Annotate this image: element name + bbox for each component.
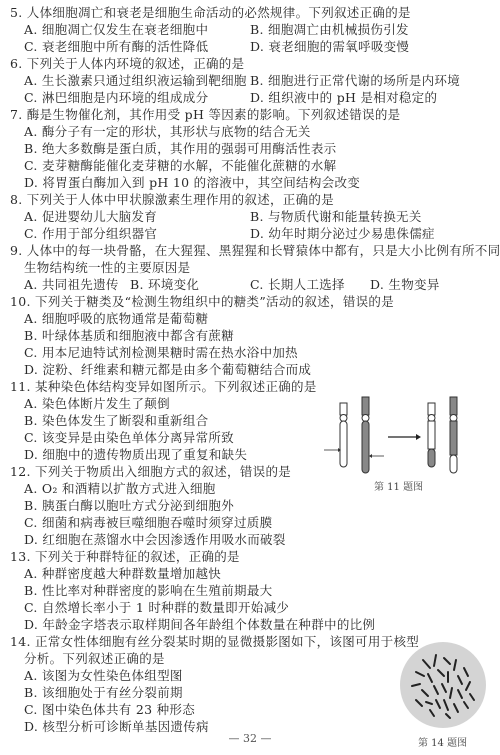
question-7-stem: 7. 酶是生物催化剂，其作用受 pH 等因素的影响。下列叙述错误的是 bbox=[10, 107, 400, 123]
question-10-stem: 10. 下列关于糖类及“检测生物组织中的糖类”活动的叙述，错误的是 bbox=[10, 294, 394, 310]
question-10-option-a: A. 细胞呼吸的底物通常是葡萄糖 bbox=[24, 311, 208, 327]
question-9-option-b: B. 环境变化 bbox=[130, 277, 199, 293]
question-7-option-c: C. 麦芽糖酶能催化麦芽糖的水解，不能催化蔗糖的水解 bbox=[24, 158, 336, 174]
question-10-option-d: D. 淀粉、纤维素和糖元都是由多个葡萄糖结合而成 bbox=[24, 362, 311, 378]
question-10-option-b: B. 叶绿体基质和细胞液中都含有蔗糖 bbox=[24, 328, 234, 344]
page-number: — 32 — bbox=[0, 732, 500, 745]
question-9-option-c: C. 长期人工选择 bbox=[250, 277, 345, 293]
figure-11-caption: 第 11 题图 bbox=[374, 478, 423, 493]
question-12-option-d: D. 红细胞在蒸馏水中会因渗透作用吸水而破裂 bbox=[24, 532, 286, 548]
question-8-option-b: B. 与物质代谢和能量转换无关 bbox=[250, 209, 422, 225]
question-14-option-b: B. 该细胞处于有丝分裂前期 bbox=[24, 685, 183, 701]
question-11-option-a: A. 染色体断片发生了颠倒 bbox=[24, 396, 170, 412]
question-8-option-a: A. 促进婴幼儿大脑发育 bbox=[24, 209, 157, 225]
question-5-stem: 5. 人体细胞凋亡和衰老是细胞生命活动的必然规律。下列叙述正确的是 bbox=[10, 5, 411, 21]
question-12-option-c: C. 细菌和病毒被巨噬细胞吞噬时须穿过质膜 bbox=[24, 515, 272, 531]
question-5-option-a: A. 细胞凋亡仅发生在衰老细胞中 bbox=[24, 22, 208, 38]
question-13-option-b: B. 性比率对种群密度的影响在生殖前期最大 bbox=[24, 583, 272, 599]
question-13-option-a: A. 种群密度越大种群数量增加越快 bbox=[24, 566, 221, 582]
question-5-option-b: B. 细胞凋亡由机械损伤引发 bbox=[250, 22, 409, 38]
question-14-option-a: A. 该图为女性染色体组型图 bbox=[24, 668, 183, 684]
question-12-option-a: A. O₂ 和酒精以扩散方式进入细胞 bbox=[24, 481, 216, 497]
question-5-option-d: D. 衰老细胞的需氧呼吸变慢 bbox=[250, 39, 409, 55]
question-10-option-c: C. 用本尼迪特试剂检测果糖时需在热水浴中加热 bbox=[24, 345, 298, 361]
question-11-option-d: D. 细胞中的遗传物质出现了重复和缺失 bbox=[24, 447, 247, 463]
question-13-stem: 13. 下列关于种群特征的叙述，正确的是 bbox=[10, 549, 240, 565]
question-14-stem: 14. 正常女性体细胞有丝分裂某时期的显微摄影图如下，该图可用于核型 bbox=[10, 634, 419, 650]
question-6-stem: 6. 下列关于人体内环境的叙述，正确的是 bbox=[10, 56, 244, 72]
question-8-option-c: C. 作用于部分组织器官 bbox=[24, 226, 157, 242]
question-7-option-b: B. 绝大多数酶是蛋白质，其作用的强弱可用酶活性表示 bbox=[24, 141, 336, 157]
question-7-option-d: D. 将胃蛋白酶加入到 pH 10 的溶液中，其空间结构会改变 bbox=[24, 175, 360, 191]
question-6-option-a: A. 生长激素只通过组织液运输到靶细胞 bbox=[24, 73, 247, 89]
question-9-stem-continued: 生物结构统一性的主要原因是 bbox=[24, 260, 190, 276]
question-13-option-d: D. 年龄金字塔表示取样期间各年龄组个体数量在种群中的比例 bbox=[24, 617, 375, 633]
question-6-option-d: D. 组织液中的 pH 是相对稳定的 bbox=[250, 90, 437, 106]
question-14-stem-continued: 分析。下列叙述正确的是 bbox=[24, 651, 165, 667]
question-9-option-a: A. 共同祖先遗传 bbox=[24, 277, 119, 293]
question-12-stem: 12. 下列关于物质出入细胞方式的叙述，错误的是 bbox=[10, 464, 291, 480]
question-5-option-c: C. 衰老细胞中所有酶的活性降低 bbox=[24, 39, 208, 55]
question-11-option-b: B. 染色体发生了断裂和重新组合 bbox=[24, 413, 208, 429]
question-9-option-d: D. 生物变异 bbox=[370, 277, 440, 293]
question-9-stem: 9. 人体中的每一块骨骼，在大猩猩、黑猩猩和长臂猿体中都有，只是大小比例有所不同… bbox=[10, 243, 500, 259]
question-6-option-b: B. 细胞进行正常代谢的场所是内环境 bbox=[250, 73, 460, 89]
exam-page: 5. 人体细胞凋亡和衰老是细胞生命活动的必然规律。下列叙述正确的是 A. 细胞凋… bbox=[0, 0, 500, 755]
chromosome-micrograph-figure bbox=[398, 640, 488, 730]
question-13-option-c: C. 自然增长率小于 1 时种群的数量即开始减少 bbox=[24, 600, 289, 616]
question-11-stem: 11. 某种染色体结构变异如图所示。下列叙述正确的是 bbox=[10, 379, 317, 395]
question-6-option-c: C. 淋巴细胞是内环境的组成成分 bbox=[24, 90, 208, 106]
question-7-option-a: A. 酶分子有一定的形状，其形状与底物的结合无关 bbox=[24, 124, 311, 140]
question-12-option-b: B. 胰蛋白酶以胞吐方式分泌到细胞外 bbox=[24, 498, 234, 514]
question-8-option-d: D. 幼年时期分泌过少易患侏儒症 bbox=[250, 226, 435, 242]
chromosome-translocation-figure bbox=[320, 395, 500, 475]
question-11-option-c: C. 该变异是由染色单体分离异常所致 bbox=[24, 430, 234, 446]
question-8-stem: 8. 下列关于人体中甲状腺激素生理作用的叙述，正确的是 bbox=[10, 192, 334, 208]
question-14-option-c: C. 图中染色体共有 23 种形态 bbox=[24, 702, 195, 718]
